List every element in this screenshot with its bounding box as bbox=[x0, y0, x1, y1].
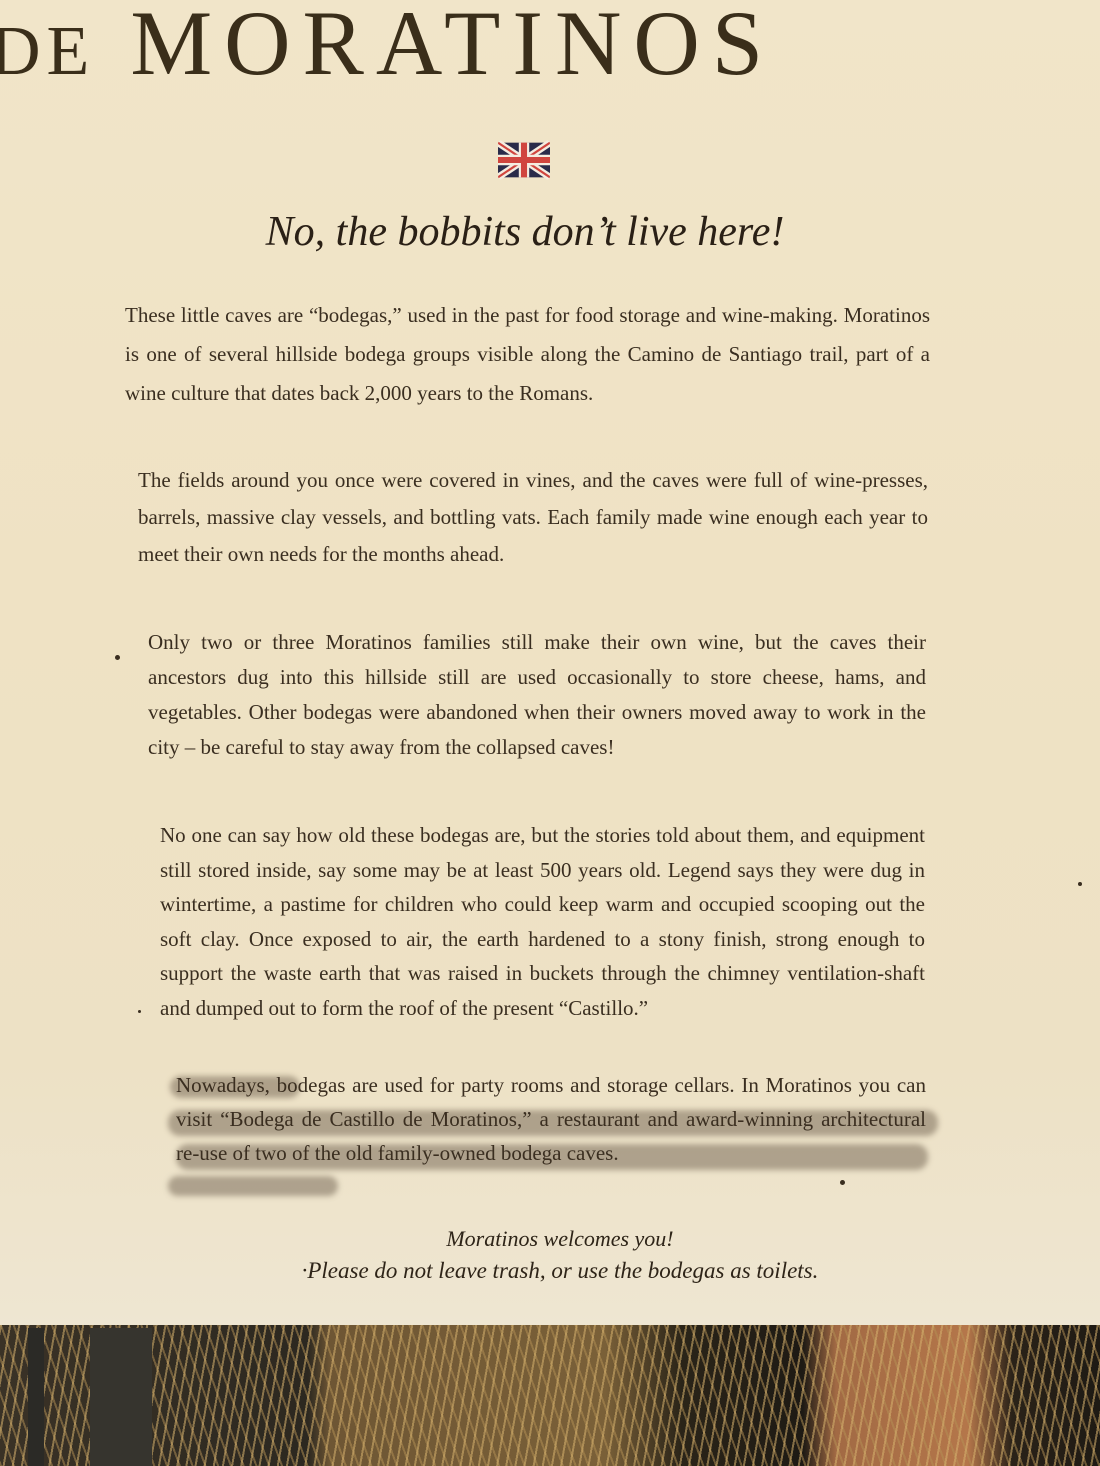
paragraph-families-wine: Only two or three Moratinos families sti… bbox=[148, 625, 926, 765]
background-straw-photo bbox=[0, 1325, 1100, 1466]
information-sign: DE MORATINOS No, the bobbits don’t live … bbox=[0, 0, 1100, 1330]
title-main: MORATINOS bbox=[130, 0, 775, 94]
speck bbox=[115, 655, 120, 660]
speck bbox=[840, 1180, 845, 1185]
fence-post bbox=[90, 1328, 152, 1466]
paragraph-bodega-age: No one can say how old these bodegas are… bbox=[160, 818, 925, 1025]
smudge-mark bbox=[168, 1176, 338, 1196]
speck bbox=[1078, 882, 1082, 886]
footer-notice: ·Please do not leave trash, or use the b… bbox=[0, 1258, 1100, 1284]
paragraph-fields-vines: The fields around you once were covered … bbox=[138, 462, 928, 573]
sign-title: DE MORATINOS bbox=[0, 0, 1090, 96]
fence-post bbox=[28, 1328, 44, 1466]
speck bbox=[138, 1010, 141, 1013]
uk-flag-icon bbox=[498, 140, 550, 180]
paragraph-nowadays: Nowadays, bodegas are used for party roo… bbox=[176, 1068, 926, 1170]
footer-welcome: Moratinos welcomes you! bbox=[0, 1226, 1100, 1252]
title-prefix: DE bbox=[0, 13, 95, 90]
sign-subtitle: No, the bobbits don’t live here! bbox=[0, 208, 1050, 256]
paragraph-bodegas-intro: These little caves are “bodegas,” used i… bbox=[125, 296, 930, 413]
